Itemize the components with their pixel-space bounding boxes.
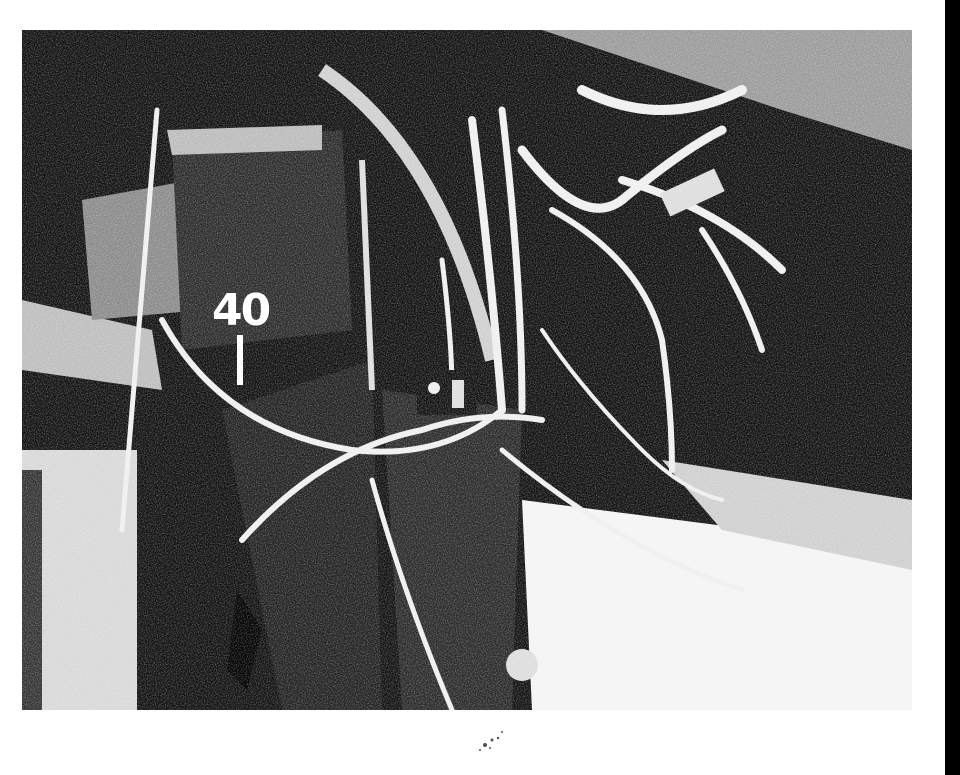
scan-speck xyxy=(470,720,520,760)
photo-illustration xyxy=(22,30,912,710)
halftone-photo: 40 xyxy=(22,30,912,710)
scanned-page: 40 xyxy=(0,0,945,775)
callout-number-label: 40 xyxy=(212,285,269,336)
scan-edge-bar xyxy=(945,0,960,775)
